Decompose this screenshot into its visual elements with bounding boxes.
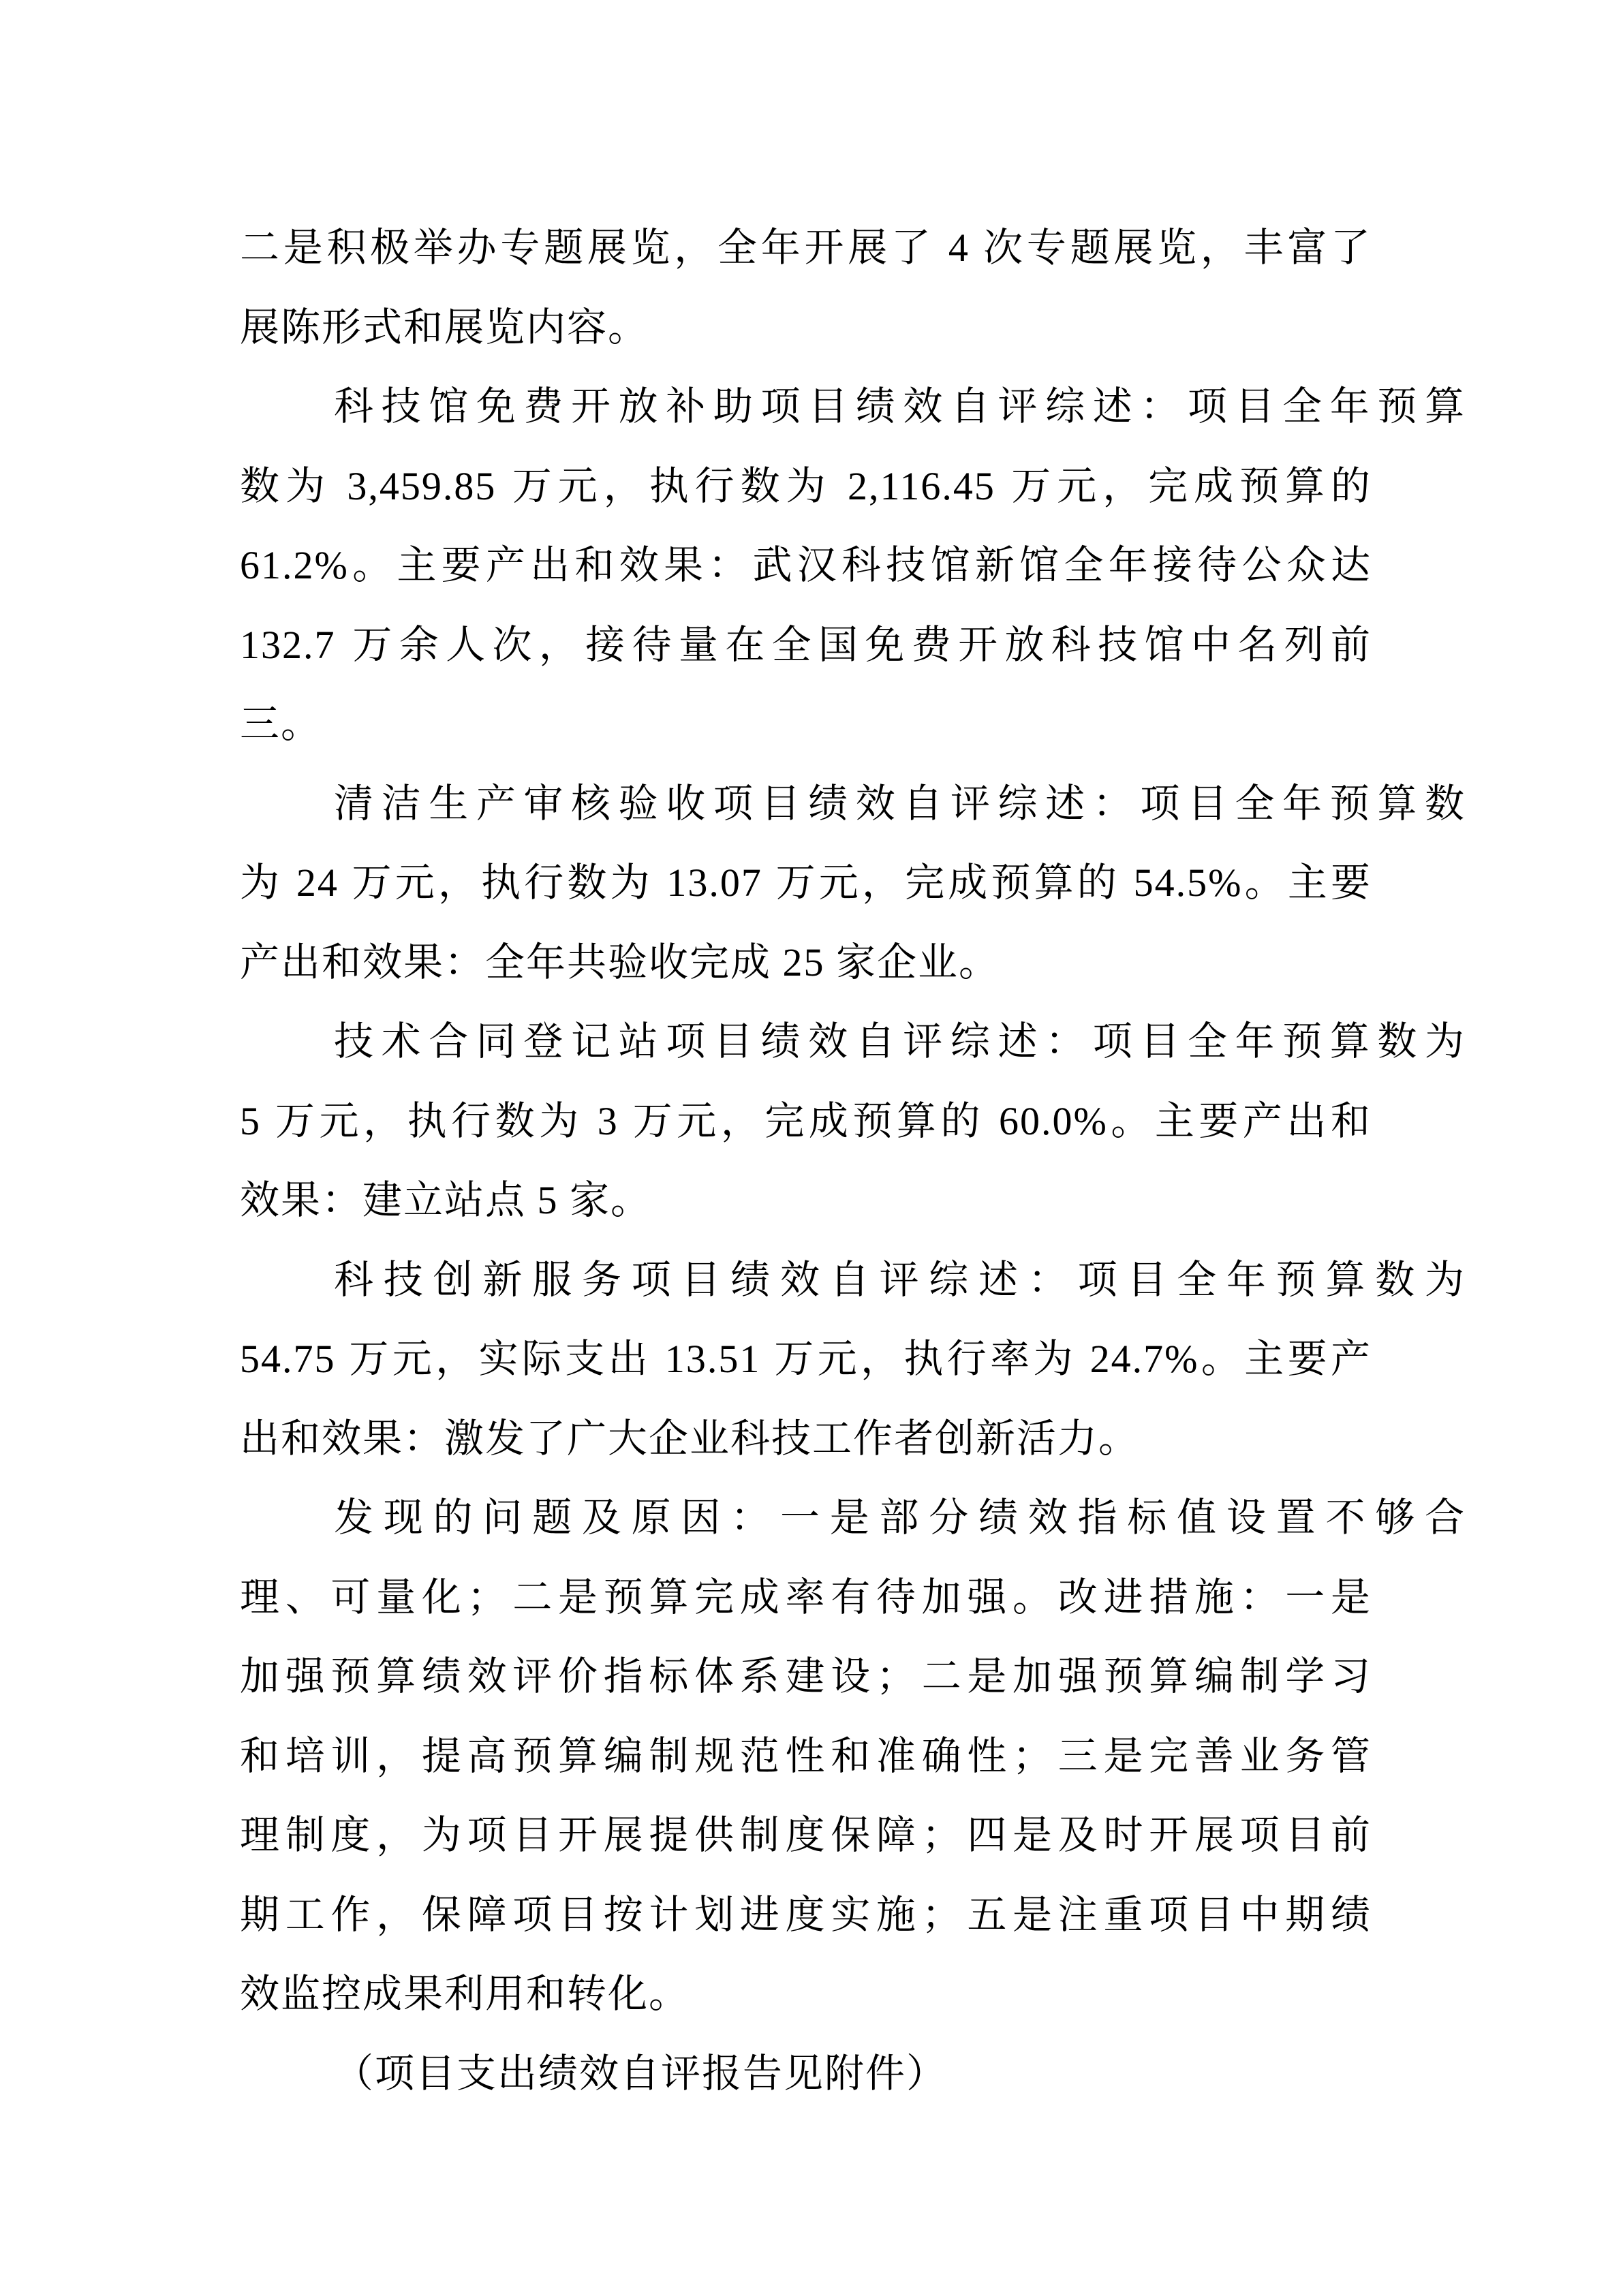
text-line: 理、可量化；二是预算完成率有待加强。改进措施：一是 <box>240 1558 1372 1638</box>
text-line: 数为 3,459.85 万元，执行数为 2,116.45 万元，完成预算的 <box>240 447 1372 527</box>
text-line: 理制度，为项目开展提供制度保障；四是及时开展项目前 <box>240 1796 1372 1876</box>
text-line: 技术合同登记站项目绩效自评综述：项目全年预算数为 <box>240 1002 1466 1082</box>
text-line: 5 万元，执行数为 3 万元，完成预算的 60.0%。主要产出和 <box>240 1082 1372 1162</box>
paragraph-sci-tech-innovation-service: 科技创新服务项目绩效自评综述：项目全年预算数为54.75 万元，实际支出 13.… <box>240 1241 1372 1479</box>
text-line: 展陈形式和展览内容。 <box>240 288 1372 368</box>
paragraph-special-exhibitions: 二是积极举办专题展览，全年开展了 4 次专题展览，丰富了展陈形式和展览内容。 <box>240 208 1372 367</box>
document-body: 二是积极举办专题展览，全年开展了 4 次专题展览，丰富了展陈形式和展览内容。科技… <box>240 208 1372 2113</box>
text-line: 为 24 万元，执行数为 13.07 万元，完成预算的 54.5%。主要 <box>240 843 1372 923</box>
text-line: 期工作，保障项目按计划进度实施；五是注重项目中期绩 <box>240 1876 1372 1955</box>
text-line: 出和效果：激发了广大企业科技工作者创新活力。 <box>240 1399 1372 1479</box>
text-line: 132.7 万余人次，接待量在全国免费开放科技馆中名列前 <box>240 606 1372 685</box>
text-line: 和培训，提高预算编制规范性和准确性；三是完善业务管 <box>240 1717 1372 1797</box>
paragraph-technical-contract-registration: 技术合同登记站项目绩效自评综述：项目全年预算数为5 万元，执行数为 3 万元，完… <box>240 1002 1372 1241</box>
text-line: 54.75 万元，实际支出 13.51 万元，执行率为 24.7%。主要产 <box>240 1320 1372 1399</box>
paragraph-clean-production-audit: 清洁生产审核验收项目绩效自评综述：项目全年预算数为 24 万元，执行数为 13.… <box>240 764 1372 1003</box>
document-page: 二是积极举办专题展览，全年开展了 4 次专题展览，丰富了展陈形式和展览内容。科技… <box>0 0 1623 2296</box>
text-line: 三。 <box>240 685 1372 764</box>
paragraph-attachment-note: （项目支出绩效自评报告见附件） <box>240 2034 1372 2114</box>
paragraph-science-museum-free-admission: 科技馆免费开放补助项目绩效自评综述：项目全年预算数为 3,459.85 万元，执… <box>240 367 1372 764</box>
text-line: 效监控成果利用和转化。 <box>240 1955 1372 2034</box>
text-line: （项目支出绩效自评报告见附件） <box>240 2034 1466 2114</box>
text-line: 二是积极举办专题展览，全年开展了 4 次专题展览，丰富了 <box>240 208 1372 288</box>
text-line: 产出和效果：全年共验收完成 25 家企业。 <box>240 923 1372 1003</box>
text-line: 加强预算绩效评价指标体系建设；二是加强预算编制学习 <box>240 1637 1372 1717</box>
text-line: 清洁生产审核验收项目绩效自评综述：项目全年预算数 <box>240 764 1466 844</box>
text-line: 发现的问题及原因：一是部分绩效指标值设置不够合 <box>240 1478 1466 1558</box>
text-line: 61.2%。主要产出和效果：武汉科技馆新馆全年接待公众达 <box>240 526 1372 606</box>
text-line: 效果：建立站点 5 家。 <box>240 1161 1372 1241</box>
text-line: 科技创新服务项目绩效自评综述：项目全年预算数为 <box>240 1241 1466 1320</box>
text-line: 科技馆免费开放补助项目绩效自评综述：项目全年预算 <box>240 367 1466 447</box>
paragraph-problems-and-improvements: 发现的问题及原因：一是部分绩效指标值设置不够合理、可量化；二是预算完成率有待加强… <box>240 1478 1372 2034</box>
